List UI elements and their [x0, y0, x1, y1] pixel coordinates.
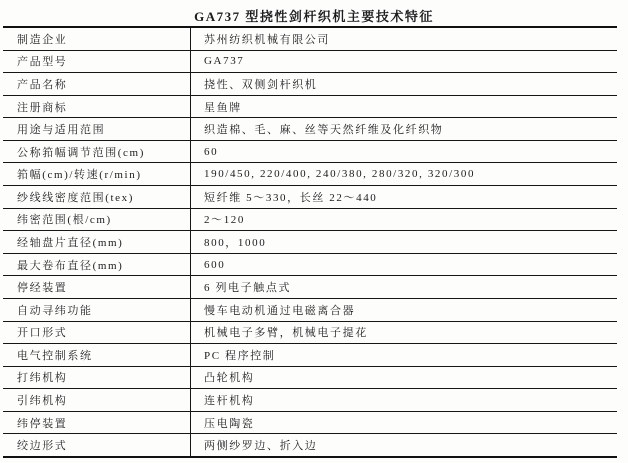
spec-label: 筘幅(cm)/转速(r/min)	[3, 163, 191, 185]
spec-label: 产品型号	[3, 51, 191, 73]
spec-value: 机械电子多臂，机械电子提花	[191, 324, 617, 340]
spec-label: 制造企业	[3, 28, 191, 50]
table-row: 注册商标 星鱼牌	[3, 96, 617, 119]
spec-label: 停经装置	[3, 276, 191, 298]
spec-value: 凸轮机构	[191, 369, 617, 385]
spec-value: 2～120	[191, 211, 617, 227]
spec-value: 600	[191, 259, 617, 271]
table-row: 产品型号 GA737	[3, 51, 617, 74]
spec-value: 6 列电子触点式	[191, 279, 617, 295]
table-row: 公称筘幅调节范围(cm) 60	[3, 141, 617, 164]
table-row: 筘幅(cm)/转速(r/min) 190/450, 220/400, 240/3…	[3, 163, 617, 186]
spec-label: 用途与适用范围	[3, 118, 191, 140]
table-row: 纬密范围(根/cm) 2～120	[3, 209, 617, 232]
spec-label: 最大卷布直径(mm)	[3, 254, 191, 276]
spec-value: 压电陶瓷	[191, 415, 617, 431]
spec-value: 190/450, 220/400, 240/380, 280/320, 320/…	[191, 168, 617, 180]
table-row: 制造企业 苏州纺织机械有限公司	[3, 28, 617, 51]
spec-value: 连杆机构	[191, 392, 617, 408]
spec-value: 慢车电动机通过电磁离合器	[191, 302, 617, 318]
spec-value: 织造棉、毛、麻、丝等天然纤维及化纤织物	[191, 121, 617, 137]
spec-value: PC 程序控制	[191, 347, 617, 363]
table-row: 电气控制系统 PC 程序控制	[3, 344, 617, 367]
spec-value: 60	[191, 146, 617, 158]
spec-label: 电气控制系统	[3, 344, 191, 366]
spec-label: 产品名称	[3, 73, 191, 95]
spec-label: 注册商标	[3, 96, 191, 118]
page-title: GA737 型挠性剑杆织机主要技术特征	[0, 0, 628, 26]
spec-label: 自动寻纬功能	[3, 299, 191, 321]
spec-label: 纬停装置	[3, 412, 191, 434]
table-row: 开口形式 机械电子多臂，机械电子提花	[3, 322, 617, 345]
spec-value: 短纤维 5～330，长丝 22～440	[191, 189, 617, 205]
table-row: 引纬机构 连杆机构	[3, 389, 617, 412]
spec-value: GA737	[191, 55, 617, 67]
spec-label: 打纬机构	[3, 367, 191, 389]
table-row: 停经装置 6 列电子触点式	[3, 276, 617, 299]
table-row: 经轴盘片直径(mm) 800，1000	[3, 231, 617, 254]
spec-label: 公称筘幅调节范围(cm)	[3, 141, 191, 163]
spec-value: 星鱼牌	[191, 99, 617, 115]
table-row: 自动寻纬功能 慢车电动机通过电磁离合器	[3, 299, 617, 322]
spec-label: 开口形式	[3, 322, 191, 344]
spec-value: 挠性、双侧剑杆织机	[191, 76, 617, 92]
table-row: 纱线线密度范围(tex) 短纤维 5～330，长丝 22～440	[3, 186, 617, 209]
spec-label: 引纬机构	[3, 389, 191, 411]
spec-table: 制造企业 苏州纺织机械有限公司 产品型号 GA737 产品名称 挠性、双侧剑杆织…	[3, 26, 617, 458]
spec-label: 绞边形式	[3, 434, 191, 456]
table-row: 最大卷布直径(mm) 600	[3, 254, 617, 277]
spec-label: 纱线线密度范围(tex)	[3, 186, 191, 208]
table-row: 用途与适用范围 织造棉、毛、麻、丝等天然纤维及化纤织物	[3, 118, 617, 141]
spec-value: 两侧纱罗边、折入边	[191, 437, 617, 453]
table-row: 绞边形式 两侧纱罗边、折入边	[3, 434, 617, 456]
spec-value: 苏州纺织机械有限公司	[191, 31, 617, 47]
spec-label: 经轴盘片直径(mm)	[3, 231, 191, 253]
table-row: 打纬机构 凸轮机构	[3, 367, 617, 390]
spec-value: 800，1000	[191, 234, 617, 250]
document-page: GA737 型挠性剑杆织机主要技术特征 制造企业 苏州纺织机械有限公司 产品型号…	[0, 0, 628, 463]
table-row: 产品名称 挠性、双侧剑杆织机	[3, 73, 617, 96]
table-row: 纬停装置 压电陶瓷	[3, 412, 617, 435]
spec-label: 纬密范围(根/cm)	[3, 209, 191, 231]
